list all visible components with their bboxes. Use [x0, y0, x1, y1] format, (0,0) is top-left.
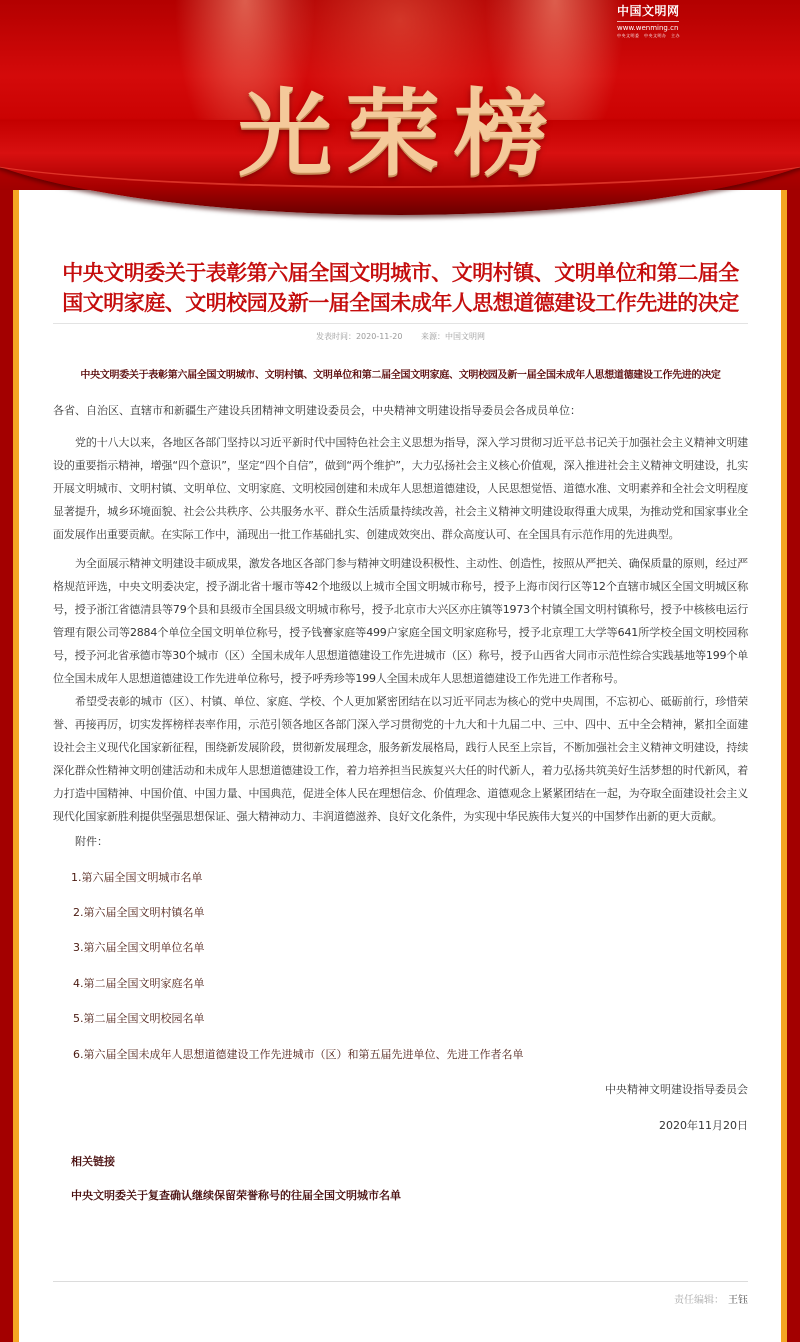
attachment-link-2[interactable]: 2.第六届全国文明村镇名单 — [73, 904, 205, 920]
responsible-editor: 责任编辑：王钰 — [674, 1291, 748, 1306]
article-title: 中央文明委关于表彰第六届全国文明城市、文明村镇、文明单位和第二届全国文明家庭、文… — [53, 258, 748, 318]
salutation: 各省、自治区、直辖市和新疆生产建设兵团精神文明建设委员会，中央精神文明建设指导委… — [53, 402, 581, 418]
attachment-link-5[interactable]: 5.第二届全国文明校园名单 — [73, 1010, 205, 1026]
related-link-1[interactable]: 中央文明委关于复查确认继续保留荣誉称号的往届全国文明城市名单 — [71, 1187, 401, 1203]
article-subtitle: 中央文明委关于表彰第六届全国文明城市、文明村镇、文明单位和第二届全国文明家庭、文… — [53, 366, 748, 381]
article-source: 来源：中国文明网 — [421, 332, 485, 341]
honor-banner: 光荣榜 中国文明网 www.wenming.cn 中央文明委 中央文明办 主办 — [0, 0, 800, 230]
attachment-link-4[interactable]: 4.第二届全国文明家庭名单 — [73, 975, 205, 991]
logo-url: www.wenming.cn — [617, 24, 683, 33]
logo-name: 中国文明网 — [617, 4, 683, 19]
site-logo[interactable]: 中国文明网 www.wenming.cn 中央文明委 中央文明办 主办 — [617, 4, 683, 39]
publish-time: 发表时间：2020-11-20 — [316, 332, 403, 341]
paragraph-2: 为全面展示精神文明建设丰硕成果，激发各地区各部门参与精神文明建设积极性、主动性、… — [53, 552, 748, 690]
paragraph-1: 党的十八大以来，各地区各部门坚持以习近平新时代中国特色社会主义思想为指导，深入学… — [53, 431, 748, 546]
article-meta: 发表时间：2020-11-20 来源：中国文明网 — [53, 331, 748, 342]
editor-label: 责任编辑： — [674, 1295, 724, 1306]
banner-title: 光荣榜 — [0, 58, 800, 193]
title-divider — [53, 323, 748, 324]
logo-sponsor: 中央文明委 中央文明办 主办 — [617, 33, 683, 39]
signing-date: 2020年11月20日 — [659, 1117, 748, 1133]
related-links-heading: 相关链接 — [71, 1153, 115, 1169]
logo-divider — [617, 21, 679, 22]
signer: 中央精神文明建设指导委员会 — [605, 1081, 748, 1097]
attachment-link-6[interactable]: 6.第六届全国未成年人思想道德建设工作先进城市（区）和第五届先进单位、先进工作者… — [73, 1046, 524, 1062]
paragraph-3: 希望受表彰的城市（区）、村镇、单位、家庭、学校、个人更加紧密团结在以习近平同志为… — [53, 690, 748, 828]
editor-name: 王钰 — [728, 1295, 748, 1306]
attachment-link-3[interactable]: 3.第六届全国文明单位名单 — [73, 939, 205, 955]
footer-divider — [53, 1281, 748, 1282]
attachments-label: 附件： — [75, 833, 108, 849]
attachment-link-1[interactable]: 1.第六届全国文明城市名单 — [71, 869, 203, 885]
